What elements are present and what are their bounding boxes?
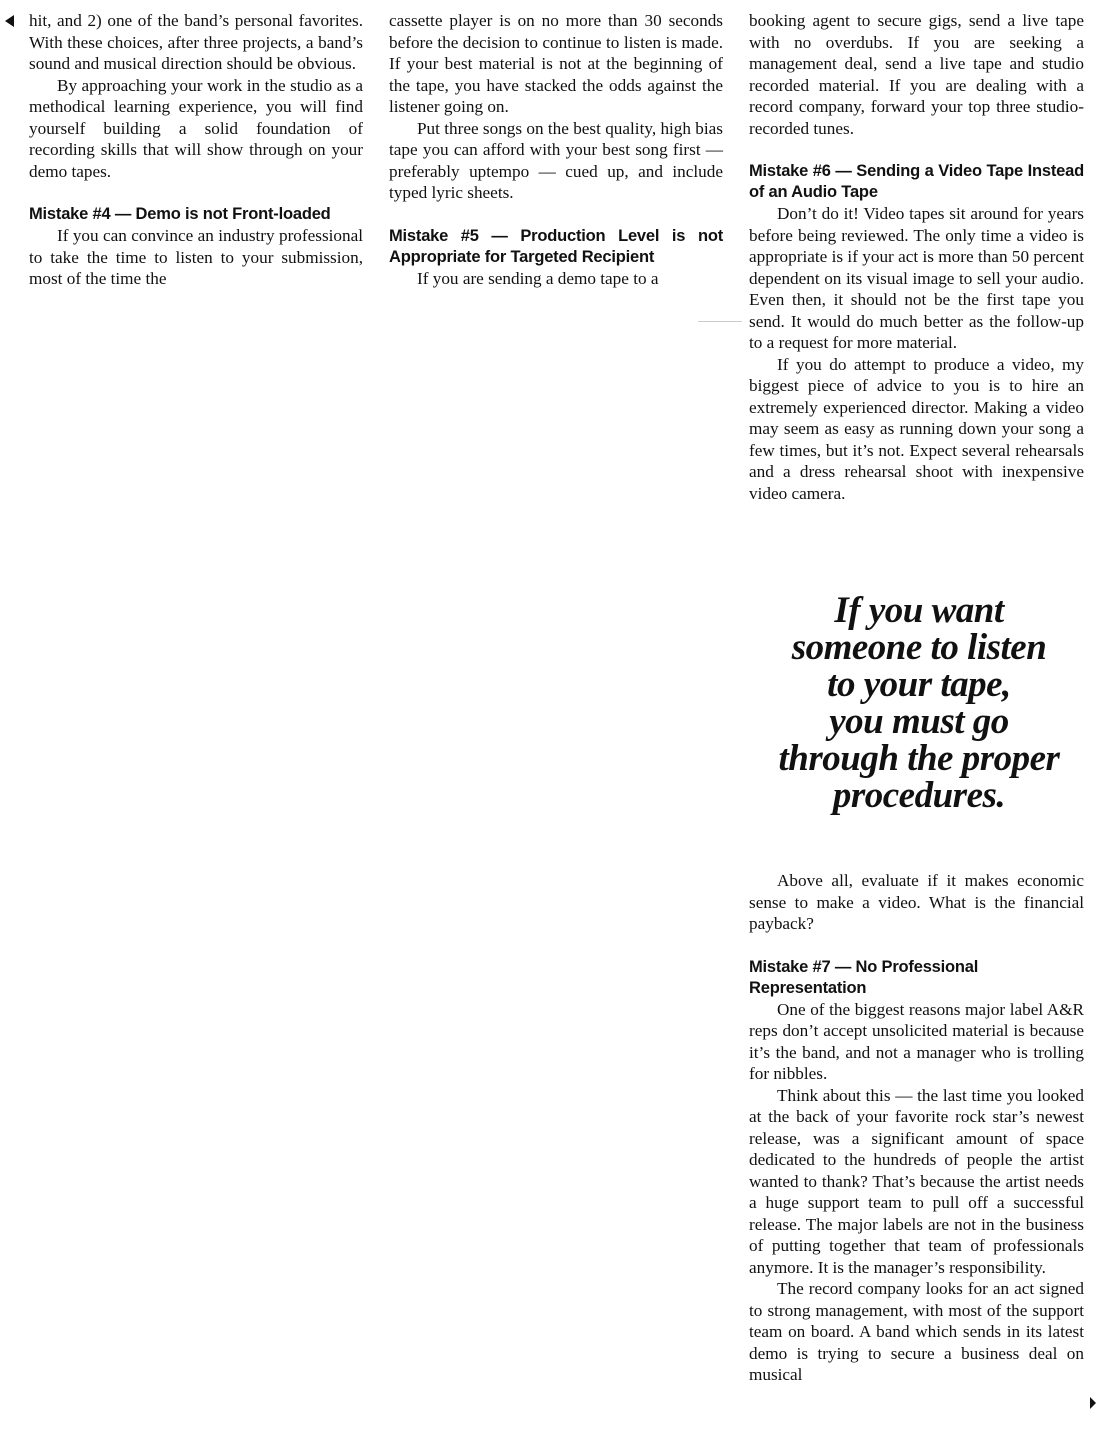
pull-quote: If you want someone to listen to your ta… bbox=[749, 592, 1089, 814]
paragraph: Don’t do it! Video tapes sit around for … bbox=[749, 203, 1084, 354]
paragraph: hit, and 2) one of the band’s personal f… bbox=[29, 10, 363, 75]
paragraph: If you can convince an industry professi… bbox=[29, 225, 363, 290]
pull-quote-line: someone to listen bbox=[749, 629, 1089, 666]
continued-from-icon bbox=[5, 15, 14, 27]
column-2: cassette player is on no more than 30 se… bbox=[389, 10, 723, 289]
paragraph: Above all, evaluate if it makes economic… bbox=[749, 870, 1084, 935]
column-3: booking agent to secure gigs, send a liv… bbox=[749, 10, 1084, 504]
heading-mistake-6: Mistake #6 — Sending a Video Tape Instea… bbox=[749, 161, 1084, 203]
paragraph: Think about this — the last time you loo… bbox=[749, 1085, 1084, 1279]
paragraph: If you are sending a demo tape to a bbox=[389, 268, 723, 290]
paragraph: By approaching your work in the studio a… bbox=[29, 75, 363, 183]
paragraph: booking agent to secure gigs, send a liv… bbox=[749, 10, 1084, 139]
heading-mistake-5: Mistake #5 — Production Level is not App… bbox=[389, 226, 723, 268]
heading-mistake-7: Mistake #7 — No Professional Representat… bbox=[749, 957, 1084, 999]
pull-quote-line: you must go bbox=[749, 703, 1089, 740]
paragraph: cassette player is on no more than 30 se… bbox=[389, 10, 723, 118]
heading-mistake-4: Mistake #4 — Demo is not Front-loaded bbox=[29, 204, 363, 225]
column-3-continued: Above all, evaluate if it makes economic… bbox=[749, 870, 1084, 1386]
paragraph: Put three songs on the best quality, hig… bbox=[389, 118, 723, 204]
paragraph: The record company looks for an act sign… bbox=[749, 1278, 1084, 1386]
heading-line: Mistake #7 — No Professional bbox=[749, 958, 978, 976]
paragraph: If you do attempt to produce a video, my… bbox=[749, 354, 1084, 505]
paragraph: One of the biggest reasons major label A… bbox=[749, 999, 1084, 1085]
heading-line: Representation bbox=[749, 979, 866, 997]
column-1: hit, and 2) one of the band’s personal f… bbox=[29, 10, 363, 290]
pull-quote-line: to your tape, bbox=[749, 666, 1089, 703]
continued-to-icon bbox=[1090, 1397, 1096, 1409]
pull-quote-line: through the proper bbox=[749, 740, 1089, 777]
pull-quote-line: If you want bbox=[749, 592, 1089, 629]
divider bbox=[698, 321, 742, 322]
pull-quote-line: procedures. bbox=[749, 777, 1089, 814]
